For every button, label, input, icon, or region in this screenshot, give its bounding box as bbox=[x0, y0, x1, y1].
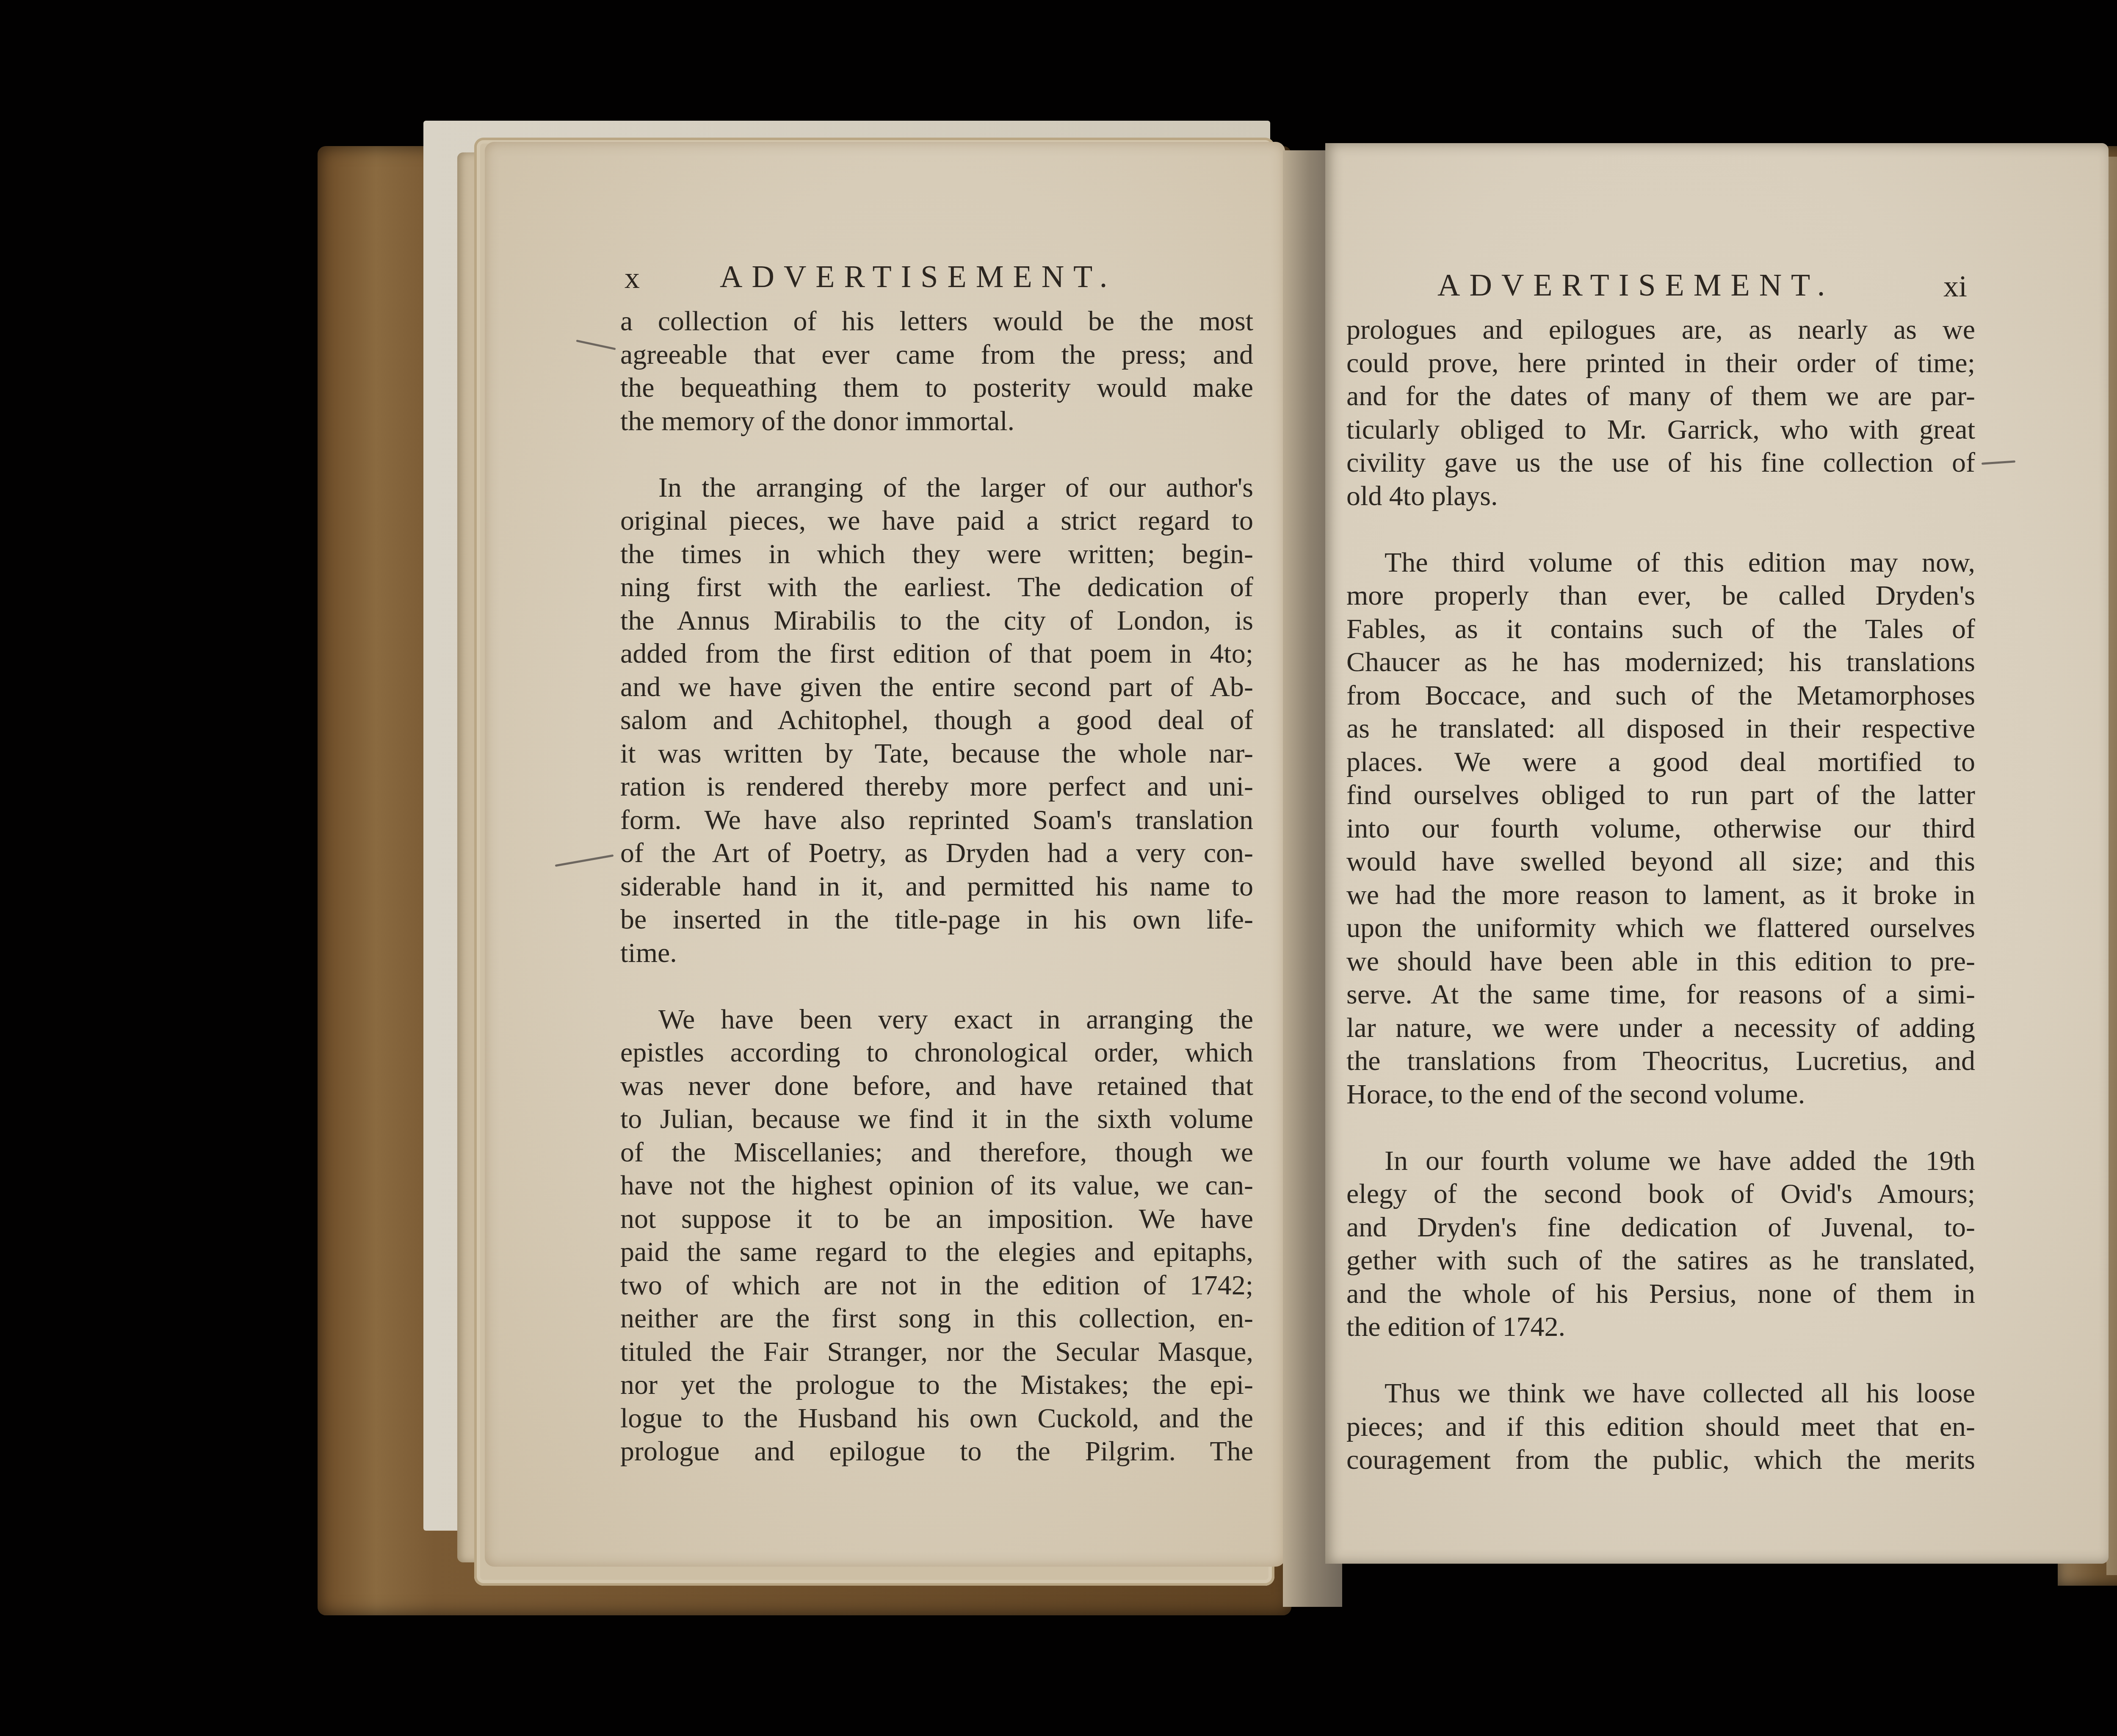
text-line: the times in which they were written; be… bbox=[620, 538, 1253, 571]
text-line: the edition of 1742. bbox=[1346, 1310, 1975, 1344]
left-running-head: ADVERTISEMENT. bbox=[720, 259, 1117, 295]
text-line: prologues and epilogues are, as nearly a… bbox=[1346, 313, 1975, 347]
text-line: In our fourth volume we have added the 1… bbox=[1346, 1144, 1975, 1178]
paragraph-gap bbox=[620, 970, 1253, 1003]
text-line: into our fourth volume, otherwise our th… bbox=[1346, 812, 1975, 846]
text-line: was never done before, and have retained… bbox=[620, 1070, 1253, 1103]
text-line: more properly than ever, be called Dryde… bbox=[1346, 579, 1975, 613]
text-line: would have swelled beyond all size; and … bbox=[1346, 845, 1975, 879]
paragraph-gap bbox=[1346, 1344, 1975, 1377]
text-line: and Dryden's fine dedication of Juvenal,… bbox=[1346, 1211, 1975, 1244]
text-line: In the arranging of the larger of our au… bbox=[620, 471, 1253, 505]
right-page-text: prologues and epilogues are, as nearly a… bbox=[1346, 313, 1975, 1477]
text-line: siderable hand in it, and permitted his … bbox=[620, 870, 1253, 904]
text-line: be inserted in the title-page in his own… bbox=[620, 903, 1253, 937]
text-line: and for the dates of many of them we are… bbox=[1346, 380, 1975, 413]
text-line: couragement from the public, which the m… bbox=[1346, 1443, 1975, 1477]
text-line: civility gave us the use of his fine col… bbox=[1346, 446, 1975, 480]
text-line: added from the first edition of that poe… bbox=[620, 637, 1253, 671]
text-line: paid the same regard to the elegies and … bbox=[620, 1236, 1253, 1269]
text-line: the translations from Theocritus, Lucret… bbox=[1346, 1045, 1975, 1078]
text-line: nor yet the prologue to the Mistakes; th… bbox=[620, 1368, 1253, 1402]
text-line: the bequeathing them to posterity would … bbox=[620, 371, 1253, 405]
left-folio: x bbox=[625, 260, 640, 296]
text-line: neither are the first song in this colle… bbox=[620, 1302, 1253, 1335]
text-line: ticularly obliged to Mr. Garrick, who wi… bbox=[1346, 413, 1975, 447]
text-line: and we have given the entire second part… bbox=[620, 671, 1253, 704]
text-line: two of which are not in the edition of 1… bbox=[620, 1269, 1253, 1302]
text-line: upon the uniformity which we flattered o… bbox=[1346, 912, 1975, 945]
text-line: form. We have also reprinted Soam's tran… bbox=[620, 804, 1253, 837]
paragraph-gap bbox=[1346, 513, 1975, 546]
text-line: Chaucer as he has modernized; his transl… bbox=[1346, 646, 1975, 679]
text-line: The third volume of this edition may now… bbox=[1346, 546, 1975, 580]
text-line: we had the more reason to lament, as it … bbox=[1346, 879, 1975, 912]
right-folio: xi bbox=[1943, 269, 1967, 304]
text-line: the Annus Mirabilis to the city of Londo… bbox=[620, 604, 1253, 638]
text-line: and the whole of his Persius, none of th… bbox=[1346, 1277, 1975, 1311]
text-line: We have been very exact in arranging the bbox=[620, 1003, 1253, 1037]
text-line: not suppose it to be an imposition. We h… bbox=[620, 1202, 1253, 1236]
text-line: logue to the Husband his own Cuckold, an… bbox=[620, 1402, 1253, 1435]
text-line: ning first with the earliest. The dedica… bbox=[620, 571, 1253, 604]
text-line: old 4to plays. bbox=[1346, 480, 1975, 513]
paragraph-gap bbox=[1346, 1111, 1975, 1144]
text-line: serve. At the same time, for reasons of … bbox=[1346, 978, 1975, 1012]
text-line: pieces; and if this edition should meet … bbox=[1346, 1410, 1975, 1444]
text-line: of the Art of Poetry, as Dryden had a ve… bbox=[620, 837, 1253, 870]
text-line: gether with such of the satires as he tr… bbox=[1346, 1244, 1975, 1277]
text-line: of the Miscellanies; and therefore, thou… bbox=[620, 1136, 1253, 1169]
text-line: from Boccace, and such of the Metamorpho… bbox=[1346, 679, 1975, 713]
text-line: a collection of his letters would be the… bbox=[620, 305, 1253, 338]
text-line: prologue and epilogue to the Pilgrim. Th… bbox=[620, 1435, 1253, 1468]
text-line: Horace, to the end of the second volume. bbox=[1346, 1078, 1975, 1111]
text-line: agreeable that ever came from the press;… bbox=[620, 338, 1253, 372]
paragraph-gap bbox=[620, 438, 1253, 471]
text-line: lar nature, we were under a necessity of… bbox=[1346, 1012, 1975, 1045]
text-line: the memory of the donor immortal. bbox=[620, 405, 1253, 438]
text-line: time. bbox=[620, 937, 1253, 970]
text-line: original pieces, we have paid a strict r… bbox=[620, 504, 1253, 538]
text-line: find ourselves obliged to run part of th… bbox=[1346, 779, 1975, 812]
text-line: tituled the Fair Stranger, nor the Secul… bbox=[620, 1335, 1253, 1369]
text-line: places. We were a good deal mortified to bbox=[1346, 746, 1975, 779]
left-page-text: a collection of his letters would be the… bbox=[620, 305, 1253, 1468]
text-line: have not the highest opinion of its valu… bbox=[620, 1169, 1253, 1202]
text-line: elegy of the second book of Ovid's Amour… bbox=[1346, 1178, 1975, 1211]
text-line: it was written by Tate, because the whol… bbox=[620, 737, 1253, 771]
text-line: epistles according to chronological orde… bbox=[620, 1036, 1253, 1070]
text-line: as he translated: all disposed in their … bbox=[1346, 712, 1975, 746]
text-line: we should have been able in this edition… bbox=[1346, 945, 1975, 979]
text-line: salom and Achitophel, though a good deal… bbox=[620, 704, 1253, 737]
text-line: could prove, here printed in their order… bbox=[1346, 347, 1975, 380]
text-line: ration is rendered thereby more perfect … bbox=[620, 770, 1253, 804]
text-line: to Julian, because we find it in the six… bbox=[620, 1103, 1253, 1136]
text-line: Fables, as it contains such of the Tales… bbox=[1346, 613, 1975, 646]
text-line: Thus we think we have collected all his … bbox=[1346, 1377, 1975, 1410]
right-running-head: ADVERTISEMENT. bbox=[1437, 268, 1834, 304]
